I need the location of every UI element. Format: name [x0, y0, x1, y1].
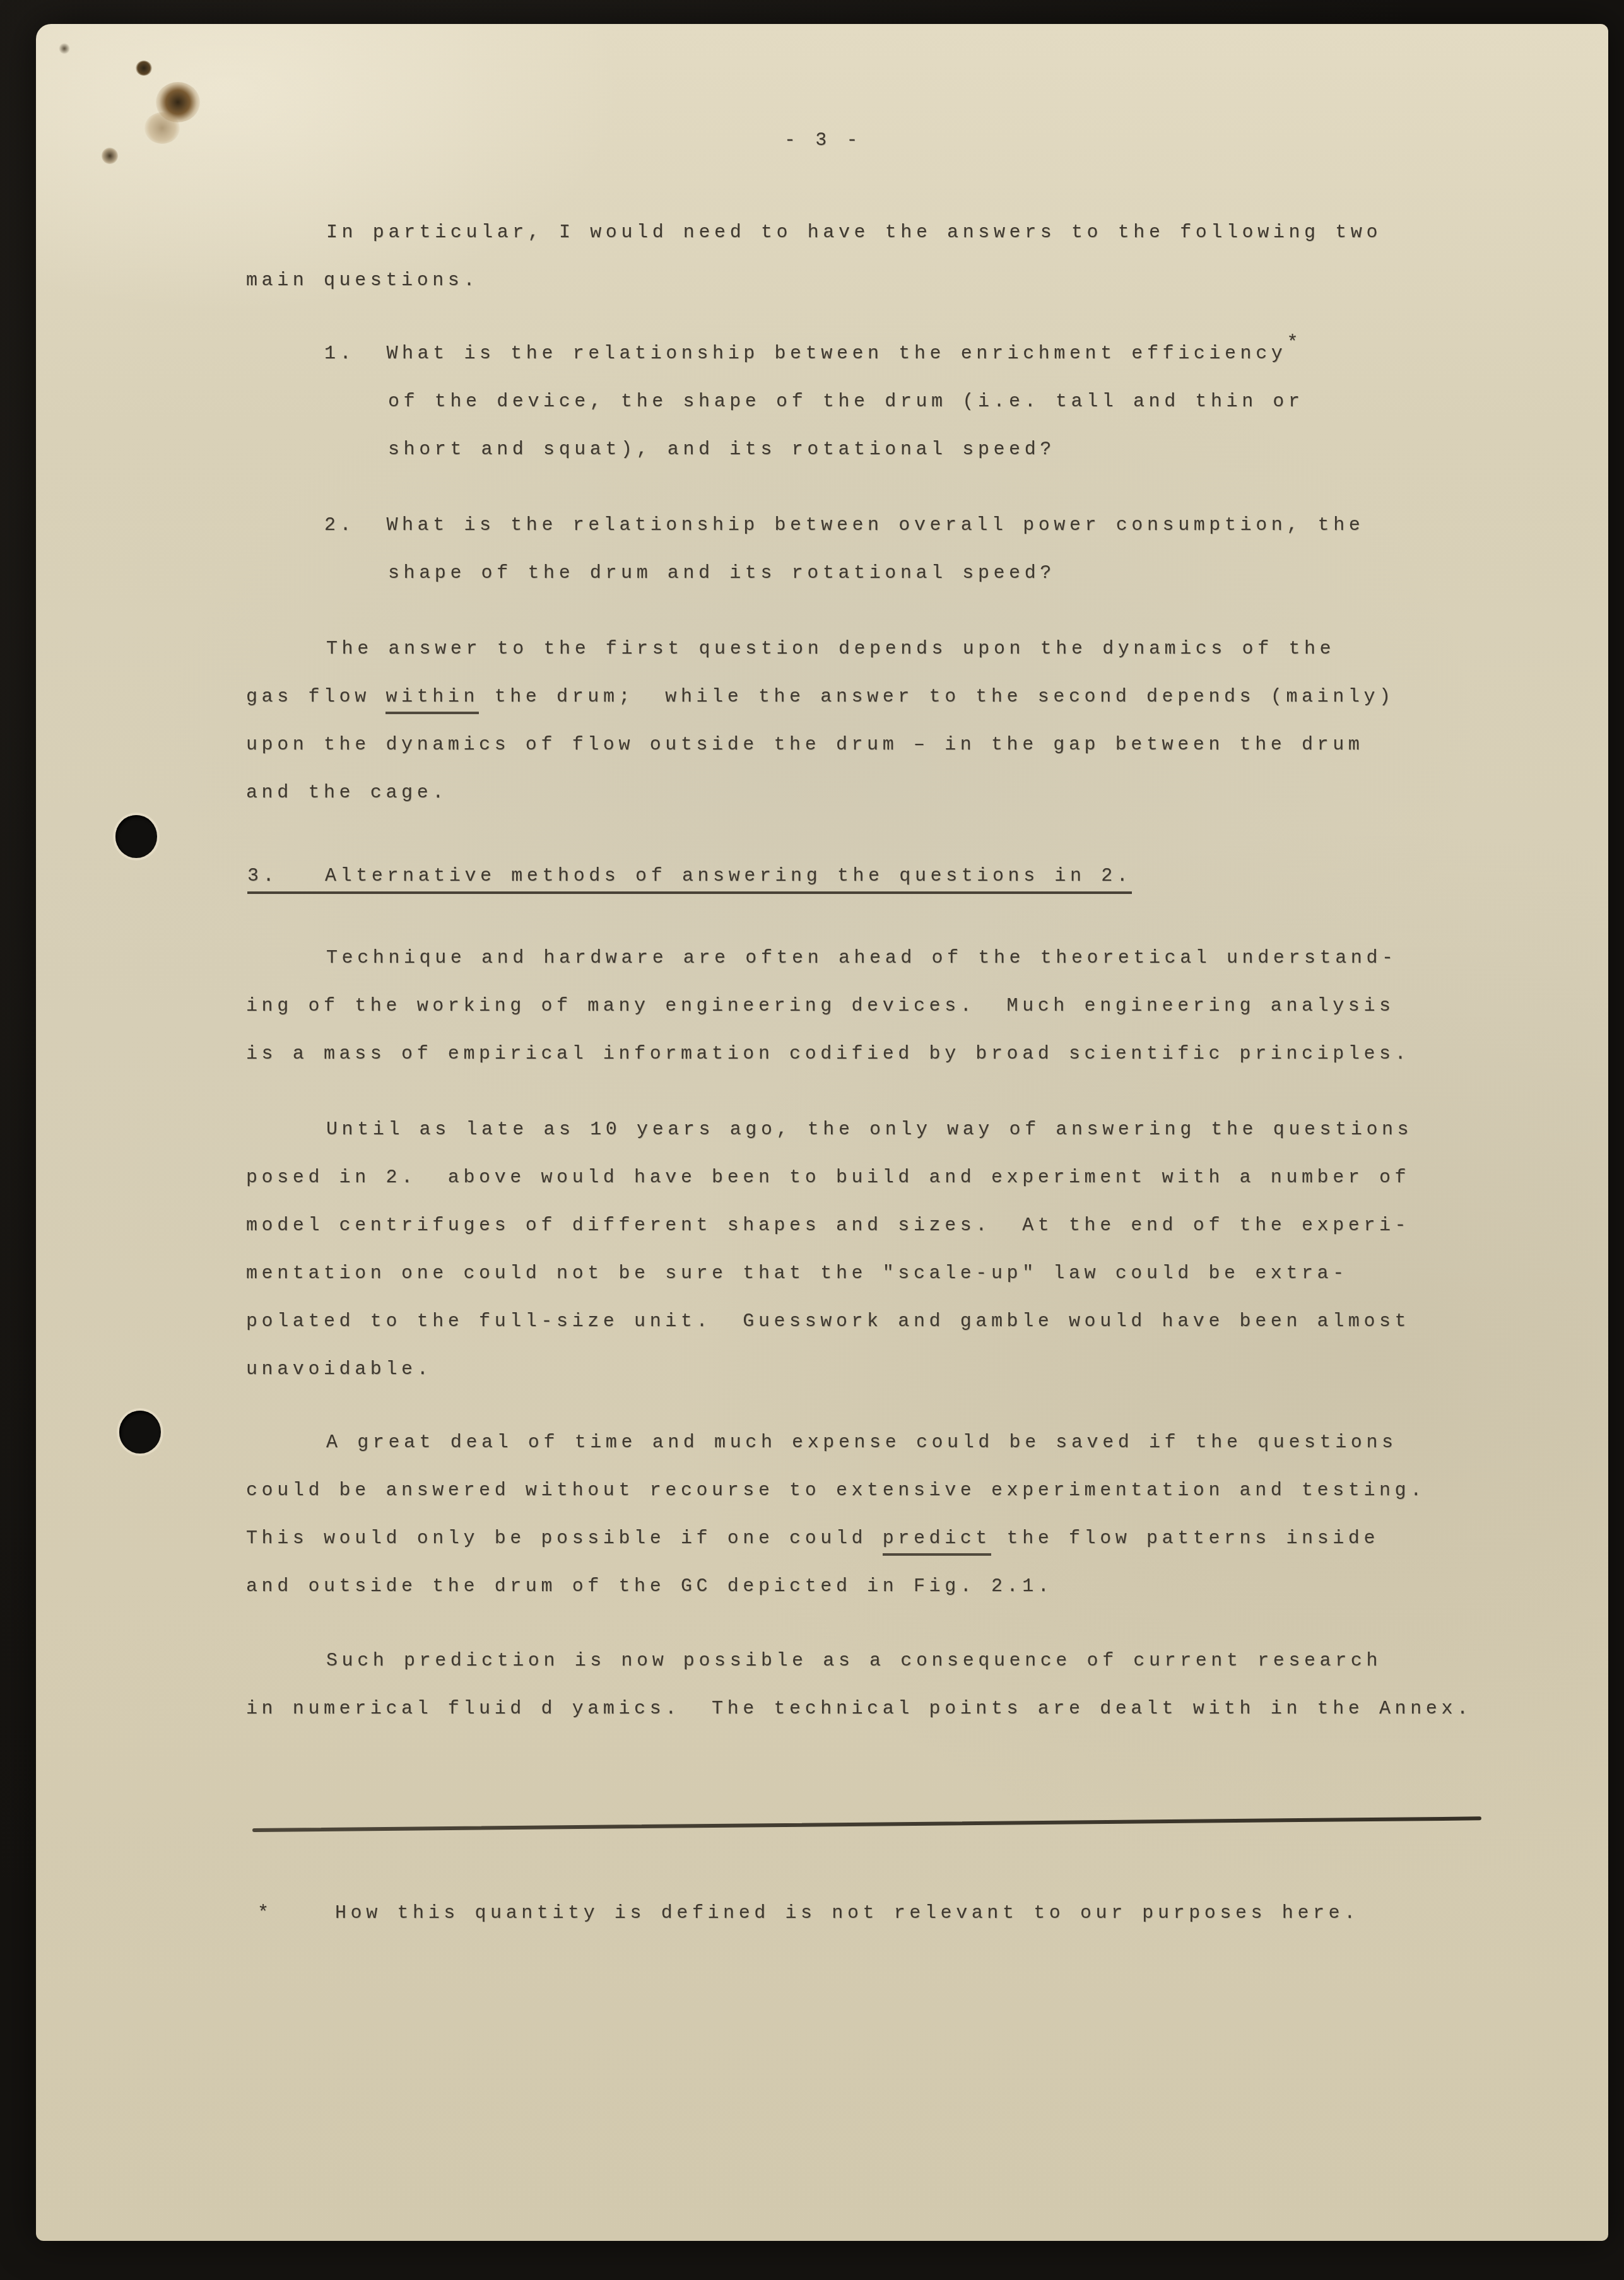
section-heading: 3. Alternative methods of answering the … — [247, 863, 1132, 890]
text-line: Such prediction is now possible as a con… — [326, 1648, 1382, 1674]
text-line: shape of the drum and its rotational spe… — [388, 560, 1056, 587]
footnote-text: * How this quantity is defined is not re… — [257, 1900, 1360, 1927]
stain-spot — [136, 61, 152, 76]
text-line: mentation one could not be sure that the… — [246, 1260, 1348, 1287]
text-line: and outside the drum of the GC depicted … — [246, 1573, 1053, 1600]
list-item-1-text: 1. What is the relationship between the … — [324, 343, 1286, 365]
scanned-page-background: - 3 - In particular, I would need to hav… — [0, 0, 1624, 2280]
text-line: in numerical fluid d yamics. The technic… — [246, 1696, 1473, 1722]
list-item-1-line: 1. What is the relationship between the … — [324, 341, 1302, 367]
text-line: unavoidable. — [246, 1356, 432, 1383]
text-segment: the drum; while the answer to the second… — [479, 686, 1395, 708]
text-line: The answer to the first question depends… — [326, 636, 1335, 662]
footnote-marker-asterisk: * — [1286, 332, 1302, 354]
text-line: main questions. — [246, 267, 479, 294]
punch-hole-top — [115, 815, 157, 858]
text-line: upon the dynamics of flow outside the dr… — [246, 732, 1363, 758]
stain-spot — [102, 148, 118, 164]
underlined-word-predict: predict — [883, 1528, 991, 1556]
stain-spot — [144, 112, 180, 144]
text-line: posed in 2. above would have been to bui… — [246, 1165, 1410, 1191]
text-segment: the flow patterns inside — [991, 1528, 1379, 1549]
text-line: gas flow within the drum; while the answ… — [246, 684, 1395, 710]
text-line: Technique and hardware are often ahead o… — [326, 945, 1397, 972]
text-line: is a mass of empirical information codif… — [246, 1041, 1410, 1067]
text-line: short and squat), and its rotational spe… — [388, 437, 1056, 463]
text-segment: gas flow — [246, 686, 385, 708]
text-line: model centrifuges of different shapes an… — [246, 1213, 1410, 1239]
text-line: Until as late as 10 years ago, the only … — [326, 1117, 1413, 1143]
page-number: - 3 - — [784, 127, 862, 154]
text-line: polated to the full-size unit. Guesswork… — [246, 1308, 1410, 1335]
text-line: A great deal of time and much expense co… — [326, 1430, 1397, 1456]
section-heading-text: 3. Alternative methods of answering the … — [247, 866, 1132, 894]
text-line: and the cage. — [246, 780, 448, 806]
list-item-2-line: 2. What is the relationship between over… — [324, 512, 1364, 539]
stain-spot — [59, 43, 70, 54]
underlined-word-within: within — [385, 686, 479, 714]
text-line: ing of the working of many engineering d… — [246, 993, 1395, 1020]
text-line: In particular, I would need to have the … — [326, 220, 1382, 246]
text-line: of the device, the shape of the drum (i.… — [388, 389, 1304, 415]
text-line: could be answered without recourse to ex… — [246, 1478, 1426, 1504]
text-line: This would only be possible if one could… — [246, 1525, 1379, 1552]
punch-hole-bottom — [119, 1411, 161, 1454]
text-segment: This would only be possible if one could — [246, 1528, 883, 1549]
